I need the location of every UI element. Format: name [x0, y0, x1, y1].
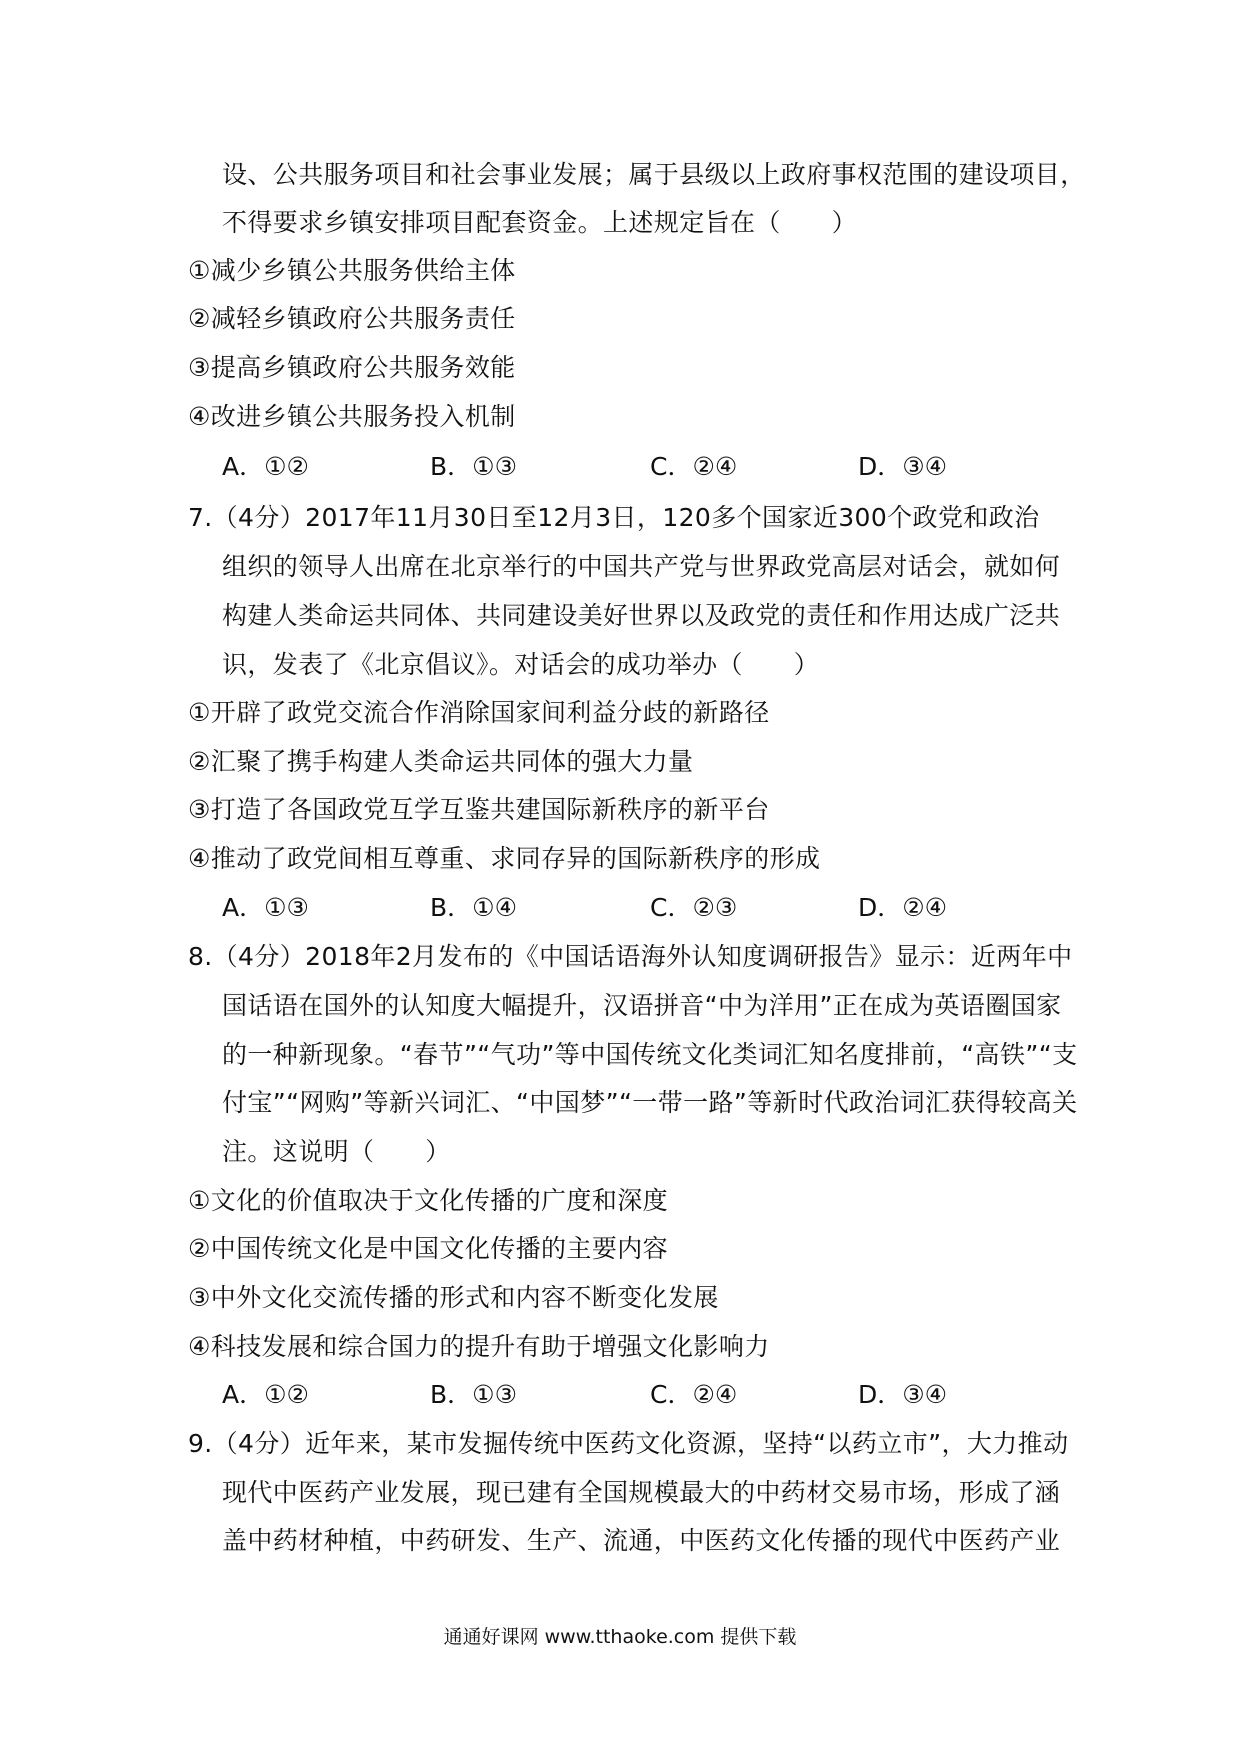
- q9-stem-line-1: 9.（4分）近年来，某市发掘传统中医药文化资源，坚持“以药立市”，大力推动: [188, 1424, 1068, 1464]
- q8-stem-line-4: 付宝”“网购”等新兴词汇、“中国梦”“一带一路”等新时代政治词汇获得较高关: [222, 1083, 1077, 1123]
- q8-statement-3: ③中外文化交流传播的形式和内容不断变化发展: [188, 1278, 719, 1318]
- q8-statement-1: ①文化的价值取决于文化传播的广度和深度: [188, 1181, 668, 1221]
- q8-stem-line-1: 8.（4分）2018年2月发布的《中国话语海外认知度调研报告》显示：近两年中: [188, 937, 1073, 977]
- q6-option-c[interactable]: C．②④: [650, 447, 737, 487]
- q6-statement-4: ④改进乡镇公共服务投入机制: [188, 397, 516, 437]
- q6-option-d[interactable]: D．③④: [858, 447, 947, 487]
- q8-stem-line-5: 注。这说明（ ）: [222, 1132, 451, 1172]
- q7-statement-1: ①开辟了政党交流合作消除国家间利益分歧的新路径: [188, 693, 770, 733]
- q6-stem-line-1: 设、公共服务项目和社会事业发展；属于县级以上政府事权范围的建设项目，: [222, 155, 1086, 195]
- q7-option-c[interactable]: C．②③: [650, 888, 737, 928]
- q8-option-b[interactable]: B．①③: [430, 1375, 517, 1415]
- document-page: 设、公共服务项目和社会事业发展；属于县级以上政府事权范围的建设项目， 不得要求乡…: [0, 0, 1240, 1754]
- q8-option-c[interactable]: C．②④: [650, 1375, 737, 1415]
- q8-option-a[interactable]: A．①②: [222, 1375, 309, 1415]
- page-footer: 通通好课网 www.tthaoke.com 提供下载: [0, 1622, 1240, 1652]
- q7-stem-line-3: 构建人类命运共同体、共同建设美好世界以及政党的责任和作用达成广泛共: [222, 596, 1060, 636]
- q8-stem-line-3: 的一种新现象。“春节”“气功”等中国传统文化类词汇知名度排前，“高铁”“支: [222, 1035, 1077, 1075]
- q8-statement-2: ②中国传统文化是中国文化传播的主要内容: [188, 1229, 668, 1269]
- q7-stem-line-1: 7.（4分）2017年11月30日至12月3日，120多个国家近300个政党和政…: [188, 498, 1040, 538]
- q7-option-d[interactable]: D．②④: [858, 888, 947, 928]
- q8-option-d[interactable]: D．③④: [858, 1375, 947, 1415]
- q8-statement-4: ④科技发展和综合国力的提升有助于增强文化影响力: [188, 1327, 770, 1367]
- q6-stem-line-2: 不得要求乡镇安排项目配套资金。上述规定旨在（ ）: [222, 203, 857, 243]
- q8-stem-line-2: 国话语在国外的认知度大幅提升，汉语拼音“中为洋用”正在成为英语圈国家: [222, 986, 1062, 1026]
- q6-statement-1: ①减少乡镇公共服务供给主体: [188, 251, 516, 291]
- q7-statement-3: ③打造了各国政党互学互鉴共建国际新秩序的新平台: [188, 790, 770, 830]
- q7-option-b[interactable]: B．①④: [430, 888, 517, 928]
- q6-option-a[interactable]: A．①②: [222, 447, 309, 487]
- q7-stem-line-2: 组织的领导人出席在北京举行的中国共产党与世界政党高层对话会，就如何: [222, 547, 1060, 587]
- q7-stem-line-4: 识，发表了《北京倡议》。对话会的成功举办（ ）: [222, 645, 819, 685]
- q9-stem-line-2: 现代中医药产业发展，现已建有全国规模最大的中药材交易市场，形成了涵: [222, 1473, 1060, 1513]
- q9-stem-line-3: 盖中药材种植，中药研发、生产、流通，中医药文化传播的现代中医药产业: [222, 1521, 1060, 1561]
- q7-statement-4: ④推动了政党间相互尊重、求同存异的国际新秩序的形成: [188, 839, 820, 879]
- q6-statement-2: ②减轻乡镇政府公共服务责任: [188, 299, 516, 339]
- q7-option-a[interactable]: A．①③: [222, 888, 309, 928]
- q6-statement-3: ③提高乡镇政府公共服务效能: [188, 348, 516, 388]
- q6-option-b[interactable]: B．①③: [430, 447, 517, 487]
- q7-statement-2: ②汇聚了携手构建人类命运共同体的强大力量: [188, 742, 693, 782]
